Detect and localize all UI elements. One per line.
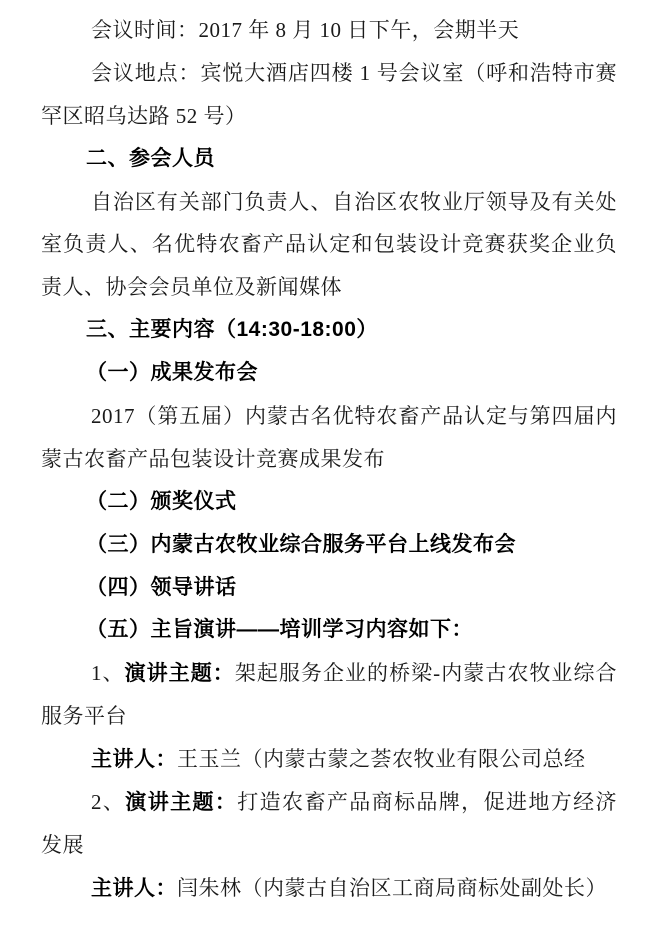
text-run: 架起服务企业的桥梁-内蒙古农牧业综合 — [235, 661, 617, 685]
heading-paragraph: （三）内蒙古农牧业综合服务平台上线发布会 — [41, 524, 617, 567]
text-run: 1、 — [91, 661, 125, 685]
heading-paragraph: （四）领导讲话 — [41, 567, 617, 610]
text-run: 自治区有关部门负责人、自治区农牧业厅领导及有关处 — [91, 190, 617, 214]
body-paragraph: 主讲人：王玉兰（内蒙古蒙之荟农牧业有限公司总经理） — [41, 738, 617, 781]
bold-text-run: 主讲人： — [91, 748, 177, 771]
text-run: 服务平台 — [41, 704, 127, 728]
text-line: 2、演讲主题：打造农畜产品商标品牌，促进地方经济 — [41, 781, 617, 824]
bold-text-run: （一）成果发布会 — [86, 361, 258, 384]
heading-paragraph: 三、主要内容（14:30-18:00） — [41, 309, 617, 352]
text-line: 服务平台 — [41, 695, 617, 738]
bold-text-run: （五）主旨演讲——培训学习内容如下： — [86, 618, 473, 641]
heading-line: （三）内蒙古农牧业综合服务平台上线发布会 — [41, 524, 617, 567]
text-line: 室负责人、名优特农畜产品认定和包装设计竞赛获奖企业负 — [41, 223, 617, 266]
body-paragraph: 会议时间：2017 年 8 月 10 日下午，会期半天 — [41, 9, 617, 52]
heading-line: 二、参会人员 — [41, 138, 617, 181]
text-run: 会议时间：2017 年 8 月 10 日下午，会期半天 — [91, 18, 519, 42]
heading-paragraph: 二、参会人员 — [41, 138, 617, 181]
text-line: 会议地点：宾悦大酒店四楼 1 号会议室（呼和浩特市赛 — [41, 52, 617, 95]
heading-line: 三、主要内容（14:30-18:00） — [41, 309, 617, 352]
bold-text-run: 演讲主题： — [125, 662, 235, 685]
heading-line: （五）主旨演讲——培训学习内容如下： — [41, 609, 617, 652]
text-run: 室负责人、名优特农畜产品认定和包装设计竞赛获奖企业负 — [41, 232, 617, 256]
text-line: 自治区有关部门负责人、自治区农牧业厅领导及有关处 — [41, 181, 617, 224]
bold-text-run: （四）领导讲话 — [86, 576, 237, 599]
text-line: 罕区昭乌达路 52 号） — [41, 95, 617, 138]
body-paragraph: 1、演讲主题：架起服务企业的桥梁-内蒙古农牧业综合服务平台 — [41, 652, 617, 738]
body-paragraph: 会议地点：宾悦大酒店四楼 1 号会议室（呼和浩特市赛罕区昭乌达路 52 号） — [41, 52, 617, 138]
heading-paragraph: （一）成果发布会 — [41, 352, 617, 395]
text-line: 2017（第五届）内蒙古名优特农畜产品认定与第四届内 — [41, 395, 617, 438]
text-line: 责人、协会会员单位及新闻媒体 — [41, 266, 617, 309]
text-run: 闫朱林（内蒙古自治区工商局商标处副处长） — [177, 876, 607, 900]
text-line: 会议时间：2017 年 8 月 10 日下午，会期半天 — [41, 9, 617, 52]
heading-paragraph: （五）主旨演讲——培训学习内容如下： — [41, 609, 617, 652]
heading-line: （二）颁奖仪式 — [41, 481, 617, 524]
document-page: 会议时间：2017 年 8 月 10 日下午，会期半天会议地点：宾悦大酒店四楼 … — [0, 0, 658, 938]
heading-line: （四）领导讲话 — [41, 567, 617, 610]
text-run: 会议地点：宾悦大酒店四楼 1 号会议室（呼和浩特市赛 — [91, 61, 617, 85]
bold-text-run: （三）内蒙古农牧业综合服务平台上线发布会 — [86, 533, 516, 556]
text-run: 打造农畜产品商标品牌，促进地方经济 — [237, 790, 617, 814]
text-line: 主讲人：闫朱林（内蒙古自治区工商局商标处副处长） — [41, 867, 617, 910]
text-run: 罕区昭乌达路 52 号） — [41, 104, 247, 128]
body-paragraph: 主讲人：闫朱林（内蒙古自治区工商局商标处副处长） — [41, 867, 617, 910]
text-run: 2、 — [91, 790, 125, 814]
document-body: 会议时间：2017 年 8 月 10 日下午，会期半天会议地点：宾悦大酒店四楼 … — [0, 0, 658, 910]
text-line: 蒙古农畜产品包装设计竞赛成果发布 — [41, 438, 617, 481]
heading-line: （一）成果发布会 — [41, 352, 617, 395]
bold-text-run: （二）颁奖仪式 — [86, 490, 237, 513]
text-run: 责人、协会会员单位及新闻媒体 — [41, 275, 342, 299]
text-line: 1、演讲主题：架起服务企业的桥梁-内蒙古农牧业综合 — [41, 652, 617, 695]
bold-text-run: 二、参会人员 — [86, 147, 215, 170]
text-line: 主讲人：王玉兰（内蒙古蒙之荟农牧业有限公司总经理） — [41, 738, 617, 781]
body-paragraph: 2017（第五届）内蒙古名优特农畜产品认定与第四届内蒙古农畜产品包装设计竞赛成果… — [41, 395, 617, 481]
bold-text-run: 主讲人： — [91, 877, 177, 900]
bold-text-run: 三、主要内容（14:30-18:00） — [86, 318, 378, 341]
body-paragraph: 2、演讲主题：打造农畜产品商标品牌，促进地方经济发展 — [41, 781, 617, 867]
bold-text-run: 演讲主题： — [125, 791, 237, 814]
text-run: 2017（第五届）内蒙古名优特农畜产品认定与第四届内 — [91, 404, 617, 428]
text-run: 蒙古农畜产品包装设计竞赛成果发布 — [41, 447, 385, 471]
body-paragraph: 自治区有关部门负责人、自治区农牧业厅领导及有关处室负责人、名优特农畜产品认定和包… — [41, 181, 617, 310]
heading-paragraph: （二）颁奖仪式 — [41, 481, 617, 524]
text-line: 发展 — [41, 824, 617, 867]
text-run: 发展 — [41, 833, 84, 857]
